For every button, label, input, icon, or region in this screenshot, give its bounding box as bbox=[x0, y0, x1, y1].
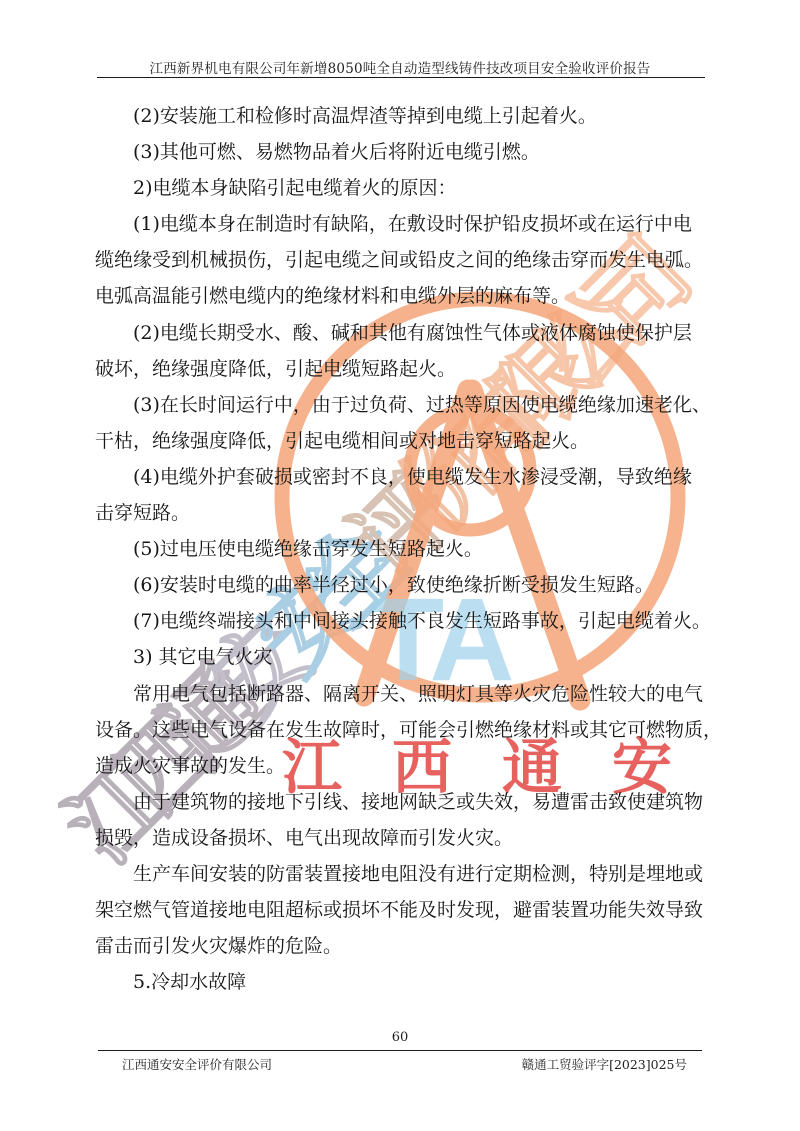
text-line: (1)电缆本身在制造时有缺陷，在敷设时保护铅皮损坏或在运行中电 bbox=[95, 206, 711, 242]
text-line: (2)电缆长期受水、酸、碱和其他有腐蚀性气体或液体腐蚀使保护层 bbox=[95, 315, 711, 351]
text-line: 击穿短路。 bbox=[95, 495, 711, 531]
text-line: 5.冷却水故障 bbox=[95, 964, 711, 1000]
footer-rule bbox=[98, 1050, 702, 1051]
document-page: 江西新界机电有限公司年新增8050吨全自动造型线铸件技改项目安全验收评价报告 江… bbox=[0, 0, 800, 1131]
text-line: 干枯，绝缘强度降低，引起电缆相间或对地击穿短路起火。 bbox=[95, 423, 711, 459]
text-line: 缆绝缘受到机械损伤，引起电缆之间或铅皮之间的绝缘击穿而发生电弧。 bbox=[95, 242, 711, 278]
header-rule bbox=[97, 77, 705, 78]
text-line: 3) 其它电气火灾 bbox=[95, 639, 711, 675]
text-line: (6)安装时电缆的曲率半径过小，致使绝缘折断受损发生短路。 bbox=[95, 567, 711, 603]
text-line: 电弧高温能引燃电缆内的绝缘材料和电缆外层的麻布等。 bbox=[95, 278, 711, 314]
text-line: 损毁，造成设备损坏、电气出现故障而引发火灾。 bbox=[95, 820, 711, 856]
text-line: (7)电缆终端接头和中间接头接触不良发生短路事故，引起电缆着火。 bbox=[95, 603, 711, 639]
text-line: 破坏，绝缘强度降低，引起电缆短路起火。 bbox=[95, 351, 711, 387]
page-number: 60 bbox=[0, 1030, 800, 1045]
text-line: 常用电气包括断路器、隔离开关、照明灯具等火灾危险性较大的电气 bbox=[95, 676, 711, 712]
text-line: 雷击而引发火灾爆炸的危险。 bbox=[95, 928, 711, 964]
text-line: (3)在长时间运行中，由于过负荷、过热等原因使电缆绝缘加速老化、 bbox=[95, 387, 711, 423]
body-text: (2)安装施工和检修时高温焊渣等掉到电缆上引起着火。(3)其他可燃、易燃物品着火… bbox=[95, 98, 711, 1000]
text-line: (5)过电压使电缆绝缘击穿发生短路起火。 bbox=[95, 531, 711, 567]
text-line: (3)其他可燃、易燃物品着火后将附近电缆引燃。 bbox=[95, 134, 711, 170]
text-line: (4)电缆外护套破损或密封不良，使电缆发生水渗浸受潮，导致绝缘 bbox=[95, 459, 711, 495]
footer-row: 江西通安安全评价有限公司 赣通工贸验评字[2023]025号 bbox=[95, 1055, 707, 1073]
text-line: 生产车间安装的防雷装置接地电阻没有进行定期检测，特别是埋地或 bbox=[95, 856, 711, 892]
text-line: 由于建筑物的接地下引线、接地网缺乏或失效，易遭雷击致使建筑物 bbox=[95, 784, 711, 820]
footer-doc-number: 赣通工贸验评字[2023]025号 bbox=[522, 1055, 687, 1073]
text-line: 2)电缆本身缺陷引起电缆着火的原因： bbox=[95, 170, 711, 206]
text-line: 架空燃气管道接地电阻超标或损坏不能及时发现，避雷装置功能失效导致 bbox=[95, 892, 711, 928]
text-line: 设备。这些电气设备在发生故障时，可能会引燃绝缘材料或其它可燃物质， bbox=[95, 712, 711, 748]
header-title: 江西新界机电有限公司年新增8050吨全自动造型线铸件技改项目安全验收评价报告 bbox=[0, 57, 800, 77]
footer-company: 江西通安安全评价有限公司 bbox=[122, 1055, 272, 1073]
text-line: 造成火灾事故的发生。 bbox=[95, 748, 711, 784]
text-line: (2)安装施工和检修时高温焊渣等掉到电缆上引起着火。 bbox=[95, 98, 711, 134]
